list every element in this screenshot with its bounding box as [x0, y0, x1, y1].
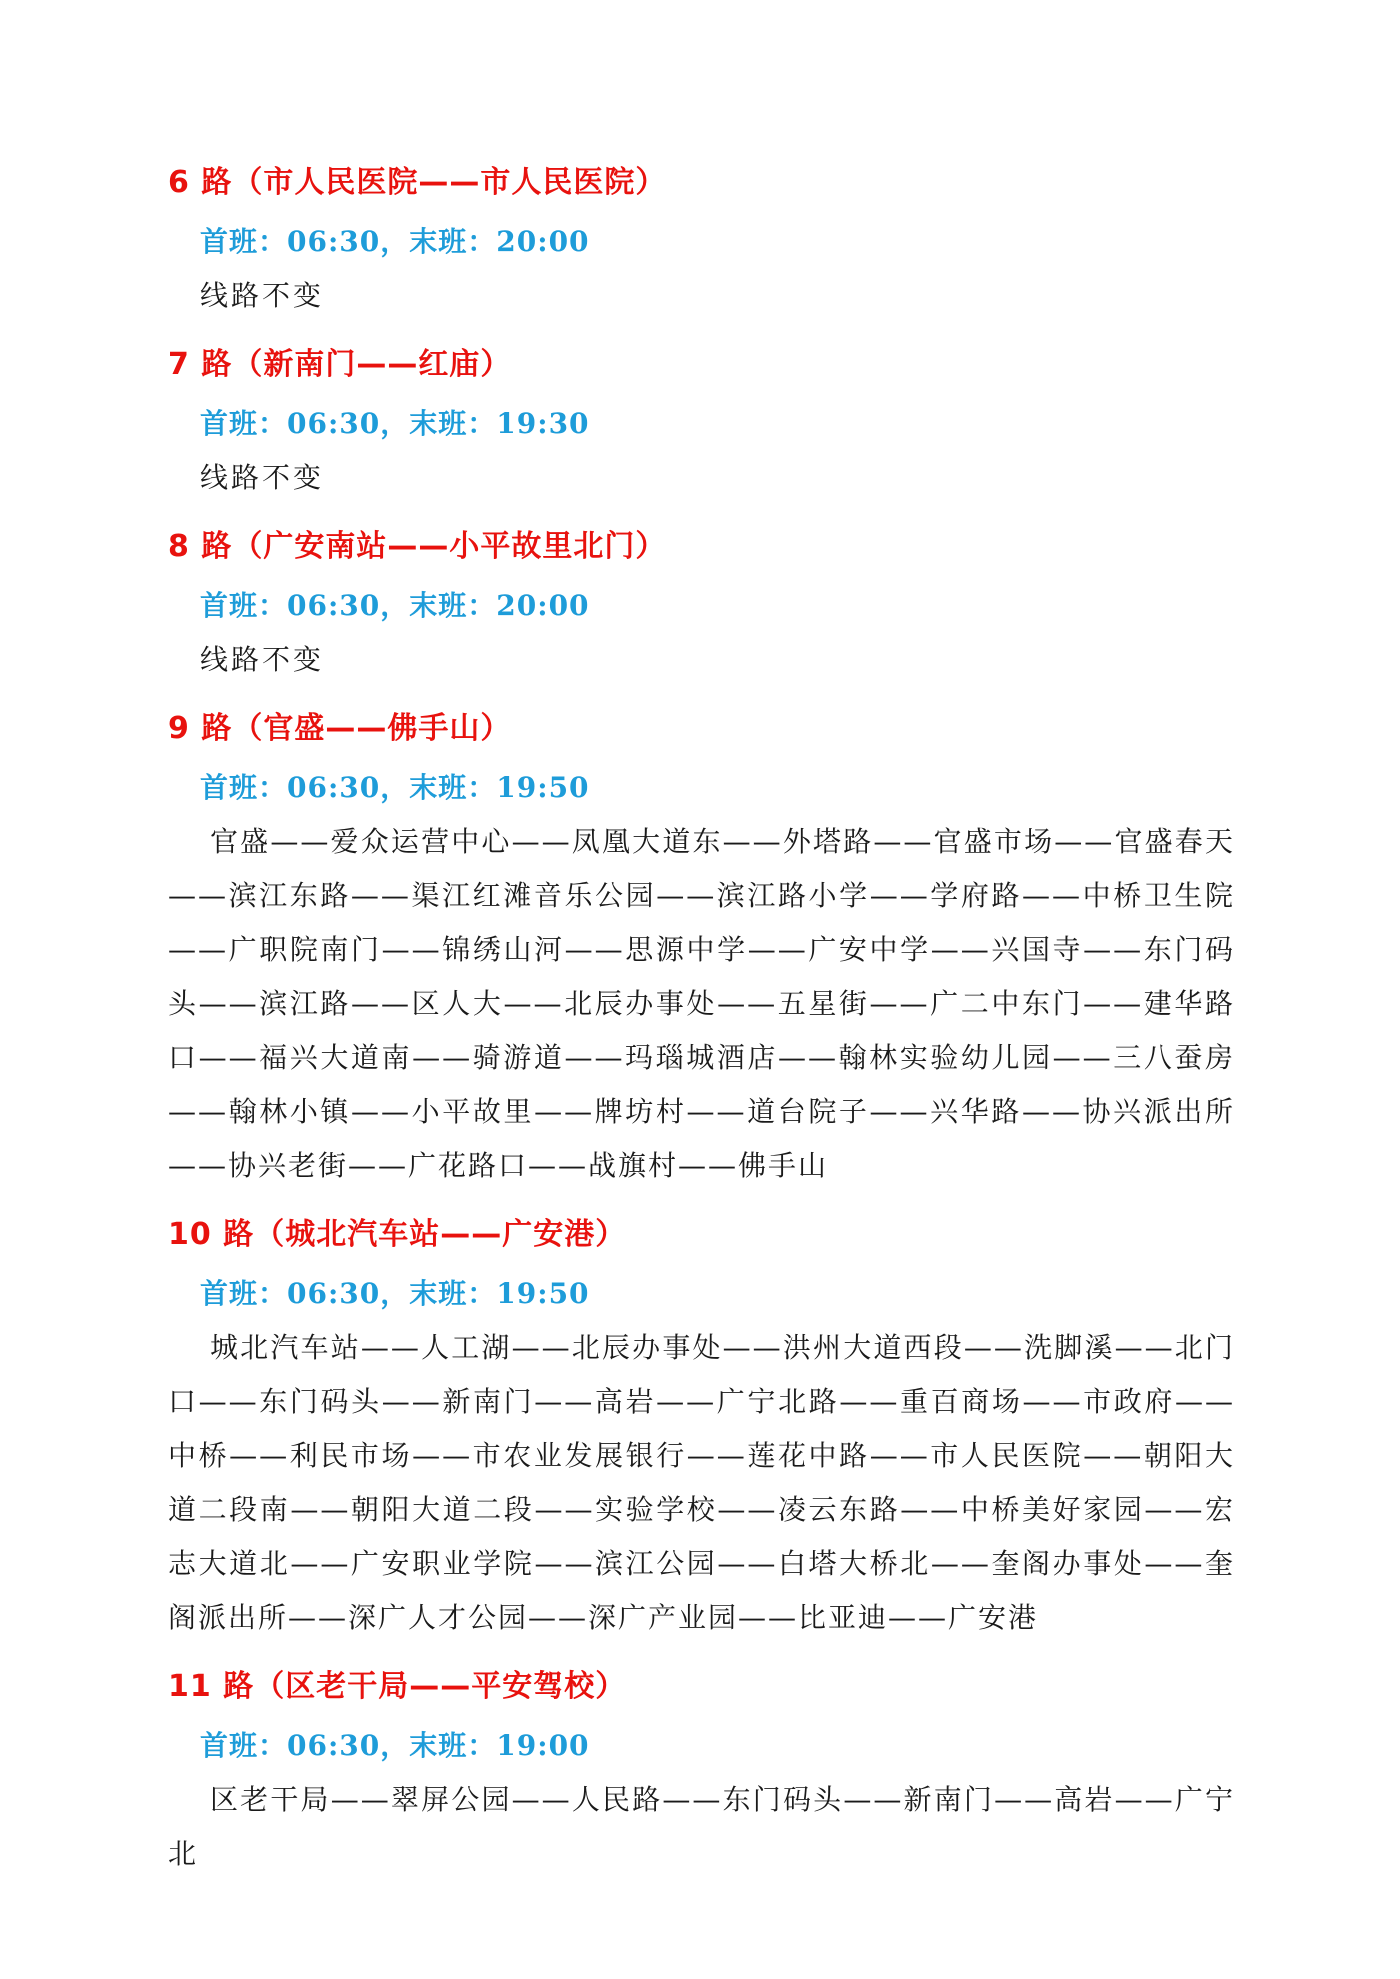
- route-8-note: 线路不变: [168, 633, 1235, 687]
- section-route-11: 11 路（区老干局——平安驾校） 首班：06:30，末班：19:00 区老干局—…: [168, 1669, 1235, 1881]
- section-route-9: 9 路（官盛——佛手山） 首班：06:30，末班：19:50 官盛——爱众运营中…: [168, 711, 1235, 1193]
- bus-timetable-page: 6 路（市人民医院——市人民医院） 首班：06:30，末班：20:00 线路不变…: [0, 0, 1400, 1979]
- route-8-schedule: 首班：06:30，末班：20:00: [168, 579, 1235, 633]
- route-10-stops: 城北汽车站——人工湖——北辰办事处——洪州大道西段——洗脚溪——北门口——东门码…: [168, 1321, 1235, 1645]
- route-7-schedule: 首班：06:30，末班：19:30: [168, 397, 1235, 451]
- route-11-title: 11 路（区老干局——平安驾校）: [168, 1669, 1235, 1705]
- route-9-title: 9 路（官盛——佛手山）: [168, 711, 1235, 747]
- route-6-title: 6 路（市人民医院——市人民医院）: [168, 165, 1235, 201]
- section-route-7: 7 路（新南门——红庙） 首班：06:30，末班：19:30 线路不变: [168, 347, 1235, 505]
- route-6-schedule: 首班：06:30，末班：20:00: [168, 215, 1235, 269]
- route-11-stops: 区老干局——翠屏公园——人民路——东门码头——新南门——高岩——广宁北: [168, 1773, 1235, 1881]
- route-7-title: 7 路（新南门——红庙）: [168, 347, 1235, 383]
- route-10-schedule: 首班：06:30，末班：19:50: [168, 1267, 1235, 1321]
- section-route-6: 6 路（市人民医院——市人民医院） 首班：06:30，末班：20:00 线路不变: [168, 165, 1235, 323]
- route-10-title: 10 路（城北汽车站——广安港）: [168, 1217, 1235, 1253]
- section-route-10: 10 路（城北汽车站——广安港） 首班：06:30，末班：19:50 城北汽车站…: [168, 1217, 1235, 1645]
- route-9-stops: 官盛——爱众运营中心——凤凰大道东——外塔路——官盛市场——官盛春天——滨江东路…: [168, 815, 1235, 1193]
- route-11-schedule: 首班：06:30，末班：19:00: [168, 1719, 1235, 1773]
- route-7-note: 线路不变: [168, 451, 1235, 505]
- route-6-note: 线路不变: [168, 269, 1235, 323]
- section-route-8: 8 路（广安南站——小平故里北门） 首班：06:30，末班：20:00 线路不变: [168, 529, 1235, 687]
- route-9-schedule: 首班：06:30，末班：19:50: [168, 761, 1235, 815]
- route-8-title: 8 路（广安南站——小平故里北门）: [168, 529, 1235, 565]
